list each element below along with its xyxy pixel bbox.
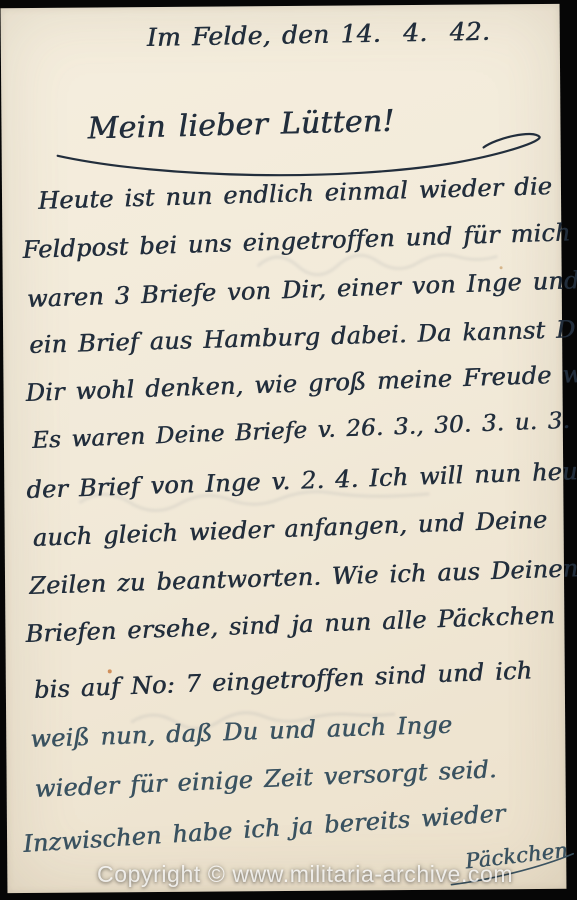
- salutation: Mein lieber Lütten!: [87, 104, 395, 147]
- handwriting-line: Es waren Deine Briefe v. 26. 3., 30. 3. …: [31, 404, 577, 453]
- handwriting-line: ein Brief aus Hamburg dabei. Da kannst D…: [29, 315, 577, 359]
- handwriting-line: der Brief von Inge v. 2. 4. Ich will nun…: [26, 456, 577, 504]
- copyright-watermark: Copyright © www.militaria-archive.com: [97, 861, 513, 888]
- handwriting-line: bis auf No: 7 eingetroffen sind und ich: [33, 656, 532, 704]
- scan-frame: Im Felde, den 14. 4. 42. Mein lieber Lüt…: [0, 0, 577, 900]
- handwriting-line: Heute ist nun endlich einmal wieder die: [38, 172, 553, 215]
- handwriting-line: wieder für einige Zeit versorgt seid.: [34, 755, 497, 803]
- handwriting-line: waren 3 Briefe von Dir, einer von Inge u…: [26, 266, 577, 313]
- handwriting-line: Inzwischen habe ich ja bereits wieder: [22, 799, 506, 858]
- handwriting-line: Feldpost bei uns eingetroffen und für mi…: [22, 218, 571, 264]
- handwriting-line: Dir wohl denken, wie groß meine Freude w…: [25, 359, 577, 407]
- handwriting-line: weiß nun, daß Du und auch Inge: [30, 711, 453, 753]
- handwriting-line: auch gleich wieder anfangen, und Deine: [32, 506, 547, 552]
- dateline: Im Felde, den 14. 4. 42.: [147, 17, 491, 52]
- letter-page: Im Felde, den 14. 4. 42. Mein lieber Lüt…: [1, 4, 567, 893]
- handwriting-line: Briefen ersehe, sind ja nun alle Päckche…: [25, 601, 555, 648]
- handwriting-line: Zeilen zu beantworten. Wie ich aus Deine…: [29, 554, 577, 600]
